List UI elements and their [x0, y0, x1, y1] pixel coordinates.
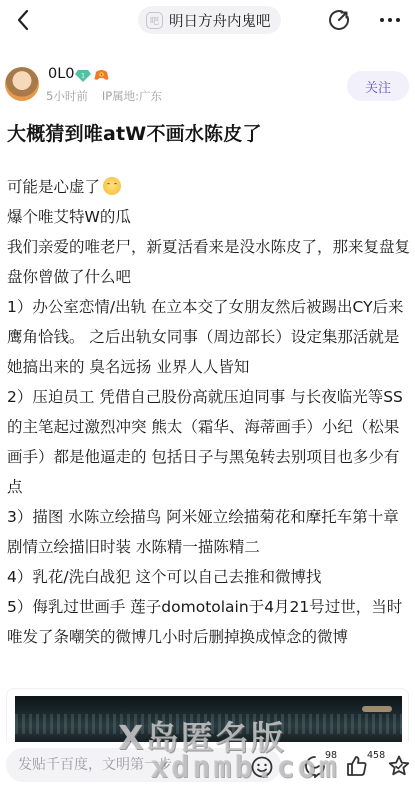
post-line: 爆个唯艾特W的瓜	[7, 202, 412, 232]
level-badge-icon: 1	[75, 69, 91, 82]
forum-name: 明日方舟内鬼吧	[169, 10, 271, 31]
post-line: 5）侮乳过世画手 莲子domotolain于4月21号过世，当时唯发了条嘲笑的微…	[7, 592, 412, 652]
top-nav-bar: 吧 明日方舟内鬼吧	[0, 0, 415, 42]
back-button[interactable]	[10, 6, 36, 34]
game-badge-icon	[94, 68, 109, 82]
post-line: 2）压迫员工 凭借自己股份高就压迫同事 与长夜临光等SS 的主笔起过激烈冲突 熊…	[7, 382, 412, 502]
ip-location: IP属地:广东	[102, 88, 162, 104]
follow-button[interactable]: 关注	[347, 71, 409, 101]
post-meta: 5小时前 IP属地:广东	[46, 88, 162, 104]
emoji-icon	[250, 755, 274, 779]
more-dots-icon	[379, 17, 401, 23]
thumbs-up-icon	[345, 754, 369, 778]
smile-emoji-icon	[103, 177, 121, 195]
post-line: 可能是心虚了	[7, 172, 412, 202]
forum-link[interactable]: 吧 明日方舟内鬼吧	[138, 6, 281, 34]
post-time: 5小时前	[46, 88, 88, 104]
username[interactable]: 0L0	[48, 66, 75, 82]
reply-input[interactable]	[6, 748, 281, 782]
avatar[interactable]	[5, 67, 39, 101]
comment-button[interactable]: 98	[303, 754, 337, 780]
share-button[interactable]	[327, 8, 351, 32]
post-line: 4）乳花/洗白战犯 这个可以自己去推和微博找	[7, 562, 412, 592]
post-image-card[interactable]	[6, 688, 409, 748]
more-button[interactable]	[376, 8, 404, 32]
share-icon	[327, 8, 351, 32]
chevron-left-icon	[16, 9, 30, 31]
comment-count: 98	[325, 750, 337, 780]
emoji-button[interactable]	[250, 755, 274, 779]
post-body: 可能是心虚了 爆个唯艾特W的瓜 我们亲爱的唯老尸，新夏活看来是没水陈皮了，那来复…	[7, 172, 412, 652]
bottom-action-bar: 98 458	[0, 742, 415, 790]
post-line: 我们亲爱的唯老尸，新夏活看来是没水陈皮了，那来复盘复盘你曾做了什么吧	[7, 232, 412, 292]
author-row: 0L0 1 5小时前 IP属地:广东 关注	[0, 66, 415, 110]
star-icon	[387, 754, 411, 778]
forum-icon: 吧	[146, 12, 163, 29]
svg-text:1: 1	[81, 73, 85, 80]
comment-icon	[303, 754, 327, 778]
like-button[interactable]: 458	[345, 754, 385, 780]
post-line: 1）办公室恋情/出轨 在立本交了女朋友然后被踢出CY后来鹰角恰钱。 之后出轨女同…	[7, 292, 412, 382]
favorite-button[interactable]	[387, 754, 411, 780]
post-title: 大概猜到唯atW不画水陈皮了	[7, 119, 412, 146]
like-count: 458	[367, 750, 385, 780]
post-line: 3）描图 水陈立绘描鸟 阿米娅立绘描菊花和摩托车第十章剧情立绘描旧时装 水陈精一…	[7, 502, 412, 562]
